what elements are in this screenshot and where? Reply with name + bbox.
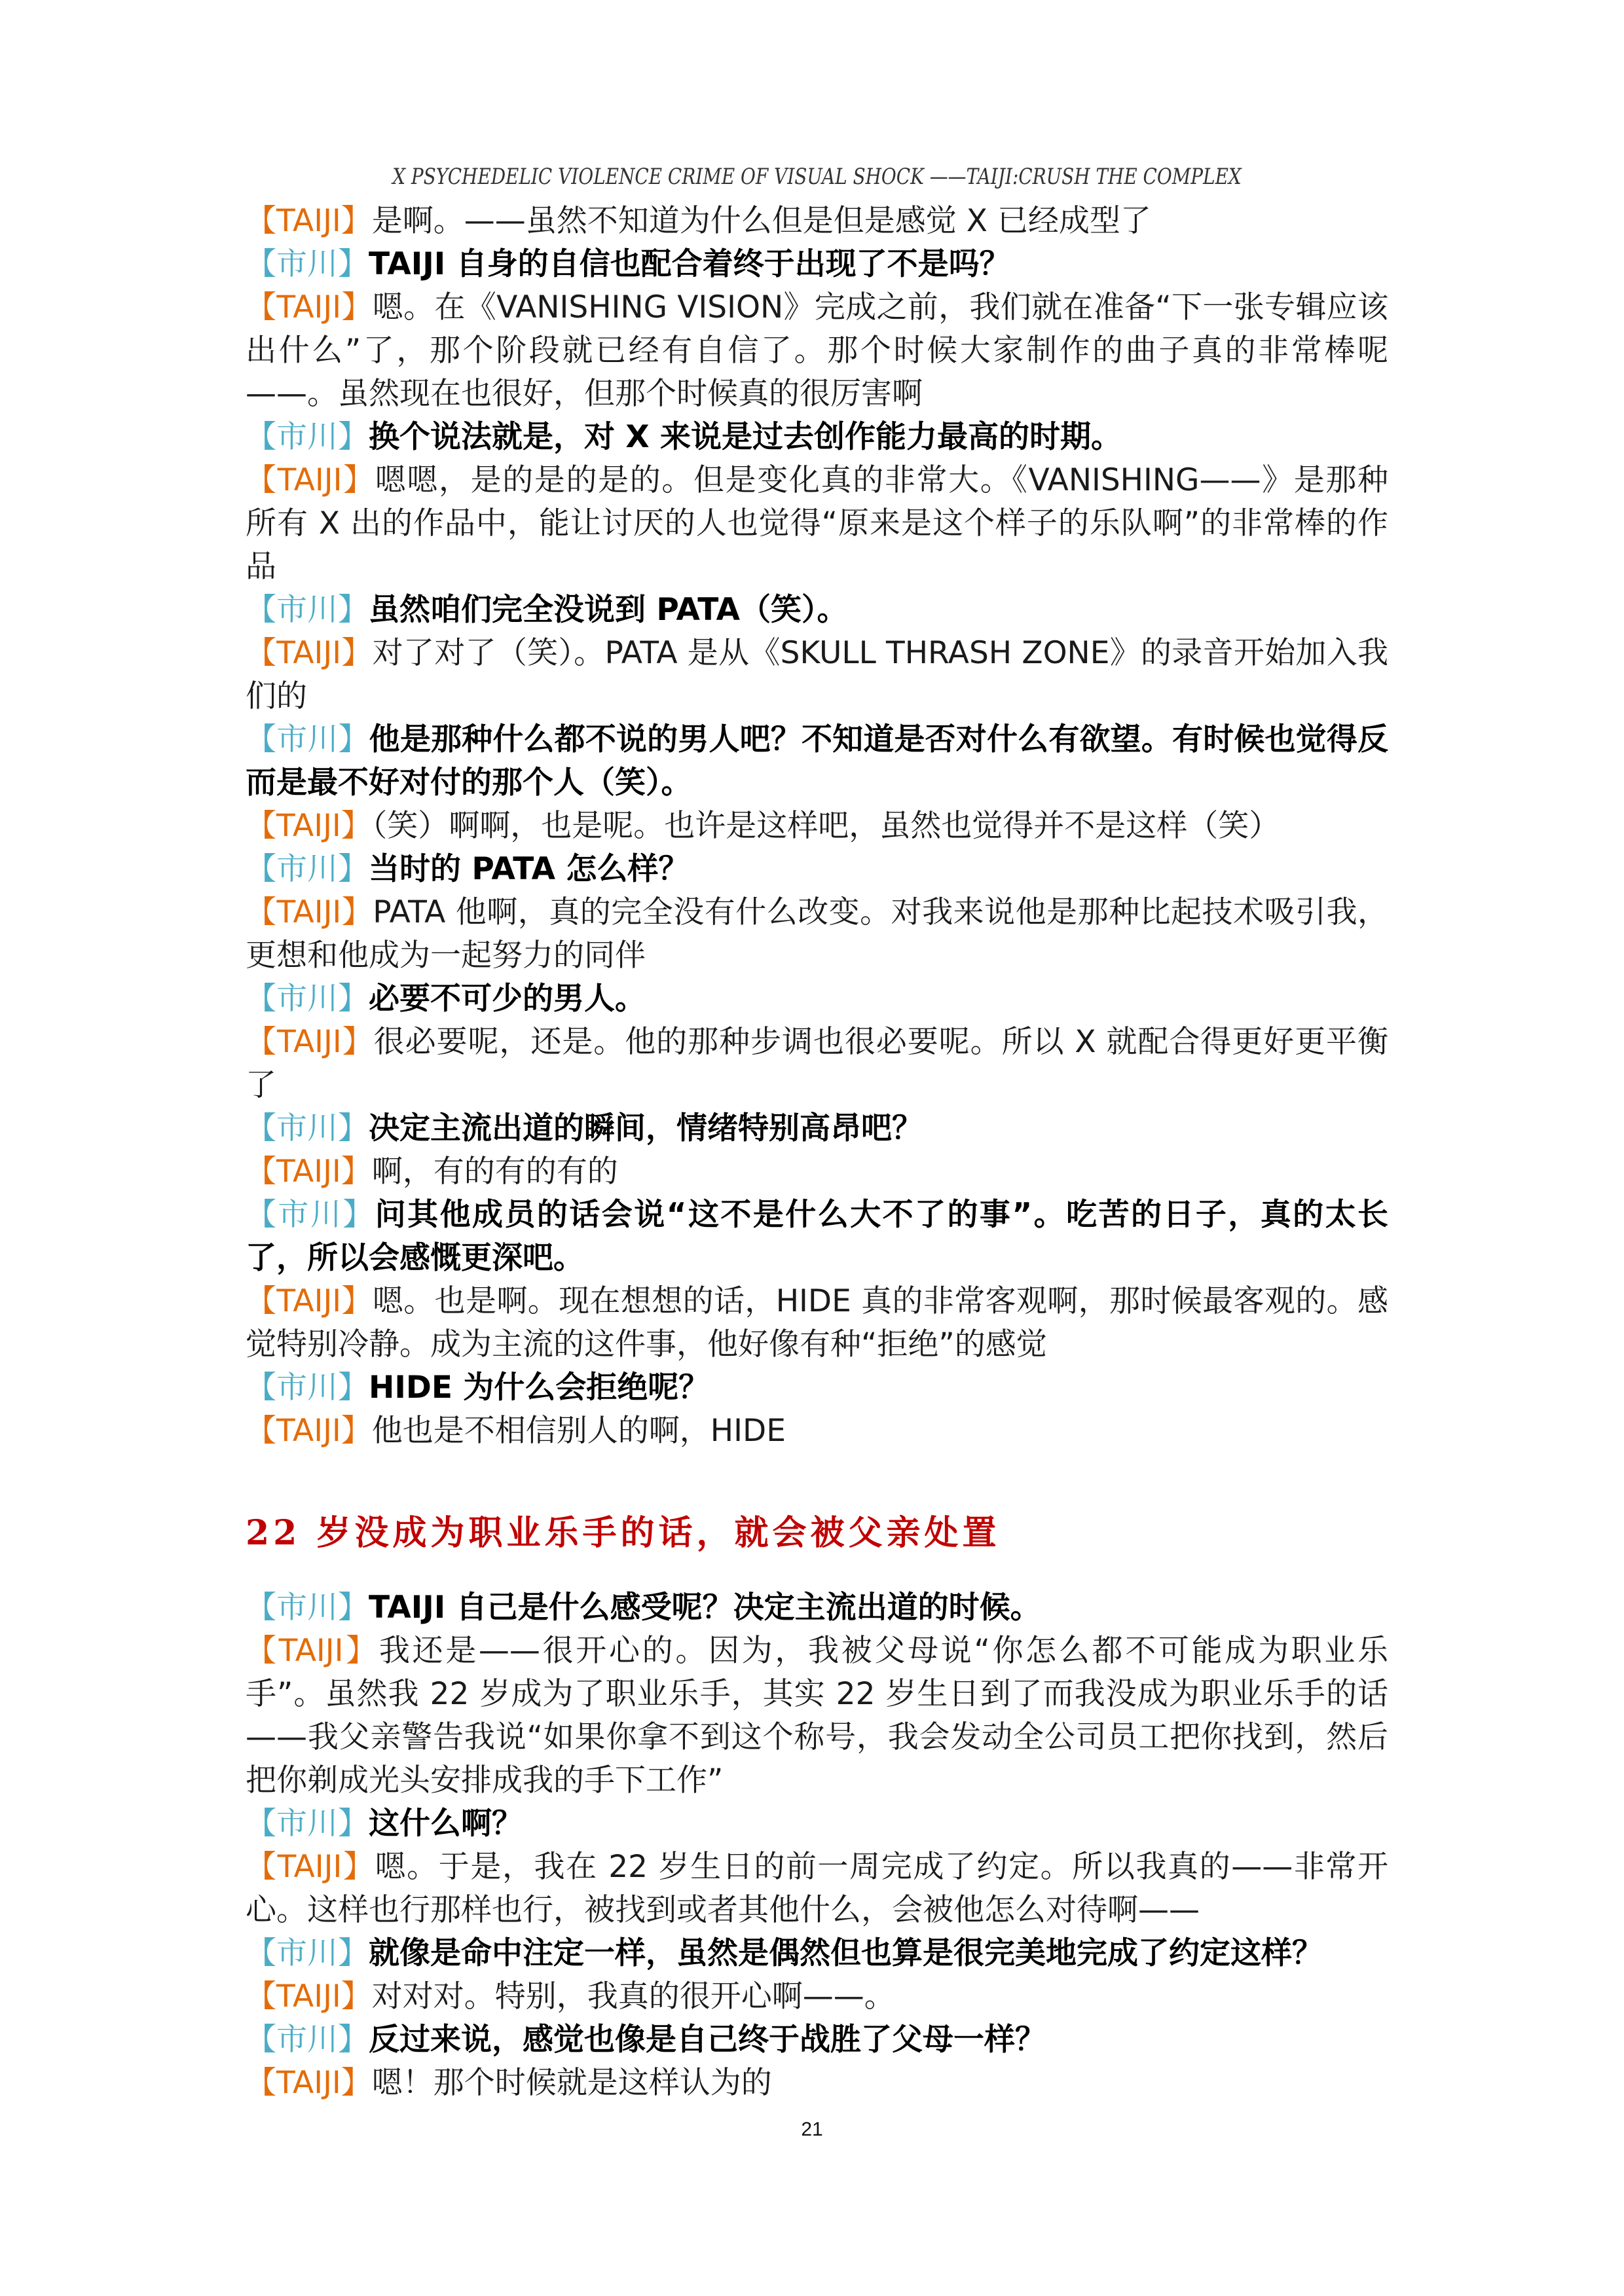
taiji-line: 【TAIJI】很必要呢，还是。他的那种步调也很必要呢。所以 X 就配合得更好更平… — [246, 1021, 1388, 1107]
taiji-line: 【TAIJI】是啊。——虽然不知道为什么但是但是感觉 X 已经成型了 — [246, 200, 1388, 243]
speaker-label-ichikawa: 【市川】 — [246, 1806, 369, 1842]
speaker-label-ichikawa: 【市川】 — [246, 1590, 369, 1626]
speaker-label-taiji: 【TAIJI】 — [246, 1024, 374, 1060]
interviewer-line: 【市川】虽然咱们完全没说到 PATA（笑）。 — [246, 589, 1388, 632]
dialogue-text: 是啊。——虽然不知道为什么但是但是感觉 X 已经成型了 — [372, 203, 1151, 239]
interviewer-line: 【市川】他是那种什么都不说的男人吧？不知道是否对什么有欲望。有时候也觉得反而是最… — [246, 718, 1388, 805]
speaker-label-ichikawa: 【市川】 — [246, 2022, 369, 2058]
speaker-label-taiji: 【TAIJI】 — [246, 1154, 372, 1190]
interviewer-line: 【市川】这什么啊？ — [246, 1802, 1388, 1846]
speaker-label-taiji: 【TAIJI】 — [246, 894, 373, 930]
speaker-label-ichikawa: 【市川】 — [246, 1110, 369, 1146]
taiji-line: 【TAIJI】（笑）啊啊，也是呢。也许是这样吧，虽然也觉得并不是这样（笑） — [246, 805, 1388, 848]
dialogue-text: 反过来说，感觉也像是自己终于战胜了父母一样？ — [369, 2022, 1046, 2058]
dialogue-text: 问其他成员的话会说“这不是什么大不了的事”。吃苦的日子，真的太长了，所以会感慨更… — [246, 1197, 1388, 1276]
taiji-line: 【TAIJI】对了对了（笑）。PATA 是从《SKULL THRASH ZONE… — [246, 632, 1388, 718]
taiji-line: 【TAIJI】嗯。于是，我在 22 岁生日的前一周完成了约定。所以我真的——非常… — [246, 1846, 1388, 1932]
dialogue-text: 嗯！那个时候就是这样认为的 — [372, 2065, 772, 2101]
speaker-label-taiji: 【TAIJI】 — [246, 462, 375, 498]
speaker-label-taiji: 【TAIJI】 — [246, 2065, 372, 2101]
dialogue-text: 这什么啊？ — [369, 1806, 523, 1842]
dialogue-text: 嗯。在《VANISHING VISION》完成之前，我们就在准备“下一张专辑应该… — [246, 289, 1388, 412]
speaker-label-taiji: 【TAIJI】 — [246, 289, 373, 325]
interviewer-line: 【市川】决定主流出道的瞬间，情绪特别高昂吧？ — [246, 1107, 1388, 1150]
dialogue-text: 嗯。于是，我在 22 岁生日的前一周完成了约定。所以我真的——非常开心。这样也行… — [246, 1849, 1388, 1928]
speaker-label-taiji: 【TAIJI】 — [246, 1633, 379, 1669]
interviewer-line: 【市川】当时的 PATA 怎么样？ — [246, 848, 1388, 891]
speaker-label-taiji: 【TAIJI】 — [246, 1413, 372, 1449]
taiji-line: 【TAIJI】嗯。也是啊。现在想想的话，HIDE 真的非常客观啊，那时候最客观的… — [246, 1280, 1388, 1366]
speaker-label-ichikawa: 【市川】 — [246, 851, 369, 887]
dialogue-part-2: 【市川】TAIJI 自己是什么感受呢？决定主流出道的时候。【TAIJI】我还是—… — [246, 1586, 1388, 2105]
taiji-line: 【TAIJI】他也是不相信别人的啊，HIDE — [246, 1410, 1388, 1453]
interviewer-line: 【市川】TAIJI 自身的自信也配合着终于出现了不是吗？ — [246, 243, 1388, 286]
speaker-label-taiji: 【TAIJI】 — [246, 635, 373, 671]
dialogue-text: 决定主流出道的瞬间，情绪特别高昂吧？ — [369, 1110, 923, 1146]
interviewer-line: 【市川】必要不可少的男人。 — [246, 977, 1388, 1021]
dialogue-text: 换个说法就是，对 X 来说是过去创作能力最高的时期。 — [369, 419, 1122, 455]
running-header: X PSYCHEDELIC VIOLENCE CRIME OF VISUAL S… — [348, 164, 1285, 190]
interviewer-line: 【市川】就像是命中注定一样，虽然是偶然但也算是很完美地完成了约定这样？ — [246, 1932, 1388, 1975]
dialogue-text: PATA 他啊，真的完全没有什么改变。对我来说他是那种比起技术吸引我，更想和他成… — [246, 894, 1388, 974]
dialogue-text: 嗯。也是啊。现在想想的话，HIDE 真的非常客观啊，那时候最客观的。感觉特别冷静… — [246, 1283, 1388, 1362]
dialogue-text: 对了对了（笑）。PATA 是从《SKULL THRASH ZONE》的录音开始加… — [246, 635, 1388, 714]
speaker-label-taiji: 【TAIJI】 — [246, 808, 372, 844]
speaker-label-ichikawa: 【市川】 — [246, 592, 369, 628]
speaker-label-taiji: 【TAIJI】 — [246, 1849, 375, 1885]
speaker-label-taiji: 【TAIJI】 — [246, 203, 372, 239]
dialogue-part-1: 【TAIJI】是啊。——虽然不知道为什么但是但是感觉 X 已经成型了【市川】TA… — [246, 200, 1388, 1453]
dialogue-text: 当时的 PATA 怎么样？ — [369, 851, 689, 887]
dialogue-text: 虽然咱们完全没说到 PATA（笑）。 — [369, 592, 848, 628]
speaker-label-taiji: 【TAIJI】 — [246, 1978, 372, 2014]
dialogue-text: 就像是命中注定一样，虽然是偶然但也算是很完美地完成了约定这样？ — [369, 1935, 1323, 1971]
taiji-line: 【TAIJI】嗯嗯，是的是的是的。但是变化真的非常大。《VANISHING——》… — [246, 459, 1388, 589]
dialogue-text: 很必要呢，还是。他的那种步调也很必要呢。所以 X 就配合得更好更平衡了 — [246, 1024, 1388, 1103]
document-body: 【TAIJI】是啊。——虽然不知道为什么但是但是感觉 X 已经成型了【市川】TA… — [246, 200, 1388, 2105]
section-heading: 22 岁没成为职业乐手的话，就会被父亲处置 — [246, 1512, 1388, 1555]
interviewer-line: 【市川】反过来说，感觉也像是自己终于战胜了父母一样？ — [246, 2018, 1388, 2062]
taiji-line: 【TAIJI】我还是——很开心的。因为，我被父母说“你怎么都不可能成为职业乐手”… — [246, 1630, 1388, 1802]
dialogue-text: 必要不可少的男人。 — [369, 981, 646, 1017]
interviewer-line: 【市川】换个说法就是，对 X 来说是过去创作能力最高的时期。 — [246, 416, 1388, 459]
dialogue-text: 他也是不相信别人的啊，HIDE — [372, 1413, 786, 1449]
speaker-label-ichikawa: 【市川】 — [246, 246, 369, 282]
dialogue-text: HIDE 为什么会拒绝呢？ — [369, 1370, 709, 1406]
speaker-label-ichikawa: 【市川】 — [246, 721, 369, 757]
dialogue-text: 嗯嗯，是的是的是的。但是变化真的非常大。《VANISHING——》是那种所有 X… — [246, 462, 1388, 585]
taiji-line: 【TAIJI】PATA 他啊，真的完全没有什么改变。对我来说他是那种比起技术吸引… — [246, 891, 1388, 977]
dialogue-text: （笑）啊啊，也是呢。也许是这样吧，虽然也觉得并不是这样（笑） — [372, 808, 1280, 844]
taiji-line: 【TAIJI】啊，有的有的有的 — [246, 1150, 1388, 1194]
interviewer-line: 【市川】问其他成员的话会说“这不是什么大不了的事”。吃苦的日子，真的太长了，所以… — [246, 1194, 1388, 1280]
taiji-line: 【TAIJI】嗯！那个时候就是这样认为的 — [246, 2062, 1388, 2105]
taiji-line: 【TAIJI】对对对。特别，我真的很开心啊——。 — [246, 1975, 1388, 2018]
dialogue-text: TAIJI 自身的自信也配合着终于出现了不是吗？ — [369, 246, 1010, 282]
interviewer-line: 【市川】HIDE 为什么会拒绝呢？ — [246, 1366, 1388, 1410]
speaker-label-ichikawa: 【市川】 — [246, 419, 369, 455]
dialogue-text: 对对对。特别，我真的很开心啊——。 — [372, 1978, 895, 2014]
page-number: 21 — [0, 2119, 1624, 2141]
speaker-label-ichikawa: 【市川】 — [246, 981, 369, 1017]
speaker-label-ichikawa: 【市川】 — [246, 1197, 375, 1233]
dialogue-text: 啊，有的有的有的 — [372, 1154, 618, 1190]
dialogue-text: 我还是——很开心的。因为，我被父母说“你怎么都不可能成为职业乐手”。虽然我 22… — [246, 1633, 1388, 1798]
taiji-line: 【TAIJI】嗯。在《VANISHING VISION》完成之前，我们就在准备“… — [246, 286, 1388, 416]
interviewer-line: 【市川】TAIJI 自己是什么感受呢？决定主流出道的时候。 — [246, 1586, 1388, 1630]
dialogue-text: 他是那种什么都不说的男人吧？不知道是否对什么有欲望。有时候也觉得反而是最不好对付… — [246, 721, 1388, 801]
speaker-label-ichikawa: 【市川】 — [246, 1935, 369, 1971]
speaker-label-ichikawa: 【市川】 — [246, 1370, 369, 1406]
speaker-label-taiji: 【TAIJI】 — [246, 1283, 373, 1319]
dialogue-text: TAIJI 自己是什么感受呢？决定主流出道的时候。 — [369, 1590, 1041, 1626]
